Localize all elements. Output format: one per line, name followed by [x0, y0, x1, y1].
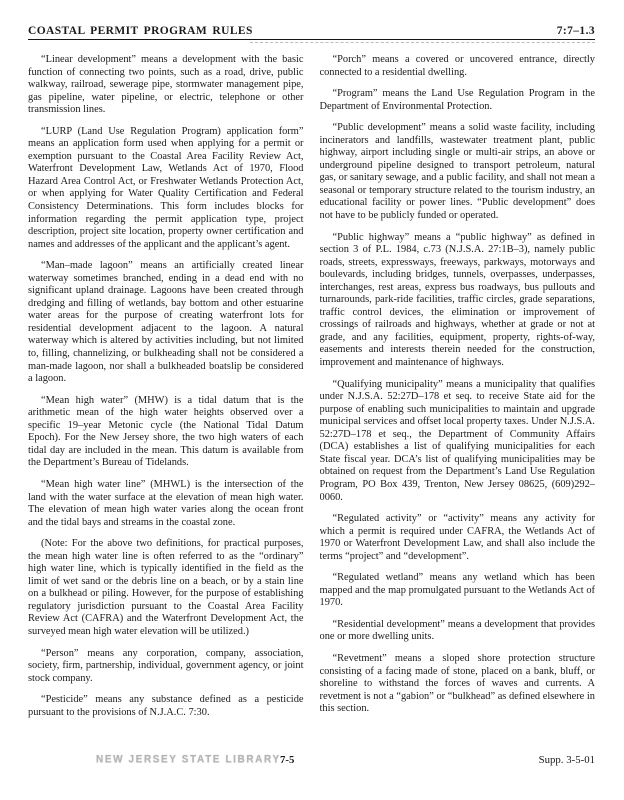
- scan-artifact-dashes: [250, 42, 595, 43]
- definition-public-development: “Public development” means a solid waste…: [320, 122, 596, 222]
- supplement-date: Supp. 3-5-01: [539, 754, 595, 766]
- definition-porch: “Porch” means a covered or uncovered ent…: [320, 54, 596, 79]
- definition-lurp-application-form: “LURP (Land Use Regulation Program) appl…: [28, 126, 304, 251]
- page-footer: NEW JERSEY STATE LIBRARY 7-5 Supp. 3-5-0…: [28, 754, 595, 769]
- definition-mean-high-water: “Mean high water” (MHW) is a tidal datum…: [28, 395, 304, 470]
- two-column-text: “Linear development” means a development…: [28, 54, 595, 756]
- definition-man-made-lagoon: “Man–made lagoon” means an artificially …: [28, 260, 304, 385]
- header-section-number: 7:7–1.3: [557, 25, 595, 37]
- definition-public-highway: “Public highway” means a “public highway…: [320, 232, 596, 370]
- definition-residential-development: “Residential development” means a develo…: [320, 619, 596, 644]
- definition-qualifying-municipality: “Qualifying municipality” means a munici…: [320, 379, 596, 504]
- definition-program: “Program” means the Land Use Regulation …: [320, 88, 596, 113]
- left-column: “Linear development” means a development…: [28, 54, 304, 756]
- right-column: “Porch” means a covered or uncovered ent…: [320, 54, 596, 756]
- definition-person: “Person” means any corporation, company,…: [28, 648, 304, 686]
- definition-regulated-wetland: “Regulated wetland” means any wetland wh…: [320, 572, 596, 610]
- definition-linear-development: “Linear development” means a development…: [28, 54, 304, 117]
- definition-mean-high-water-line: “Mean high water line” (MHWL) is the int…: [28, 479, 304, 529]
- library-stamp: NEW JERSEY STATE LIBRARY: [96, 753, 281, 765]
- page-header: COASTAL PERMIT PROGRAM RULES 7:7–1.3: [28, 25, 595, 37]
- page-number: 7-5: [280, 754, 294, 766]
- definition-revetment: “Revetment” means a sloped shore protect…: [320, 653, 596, 716]
- document-page: COASTAL PERMIT PROGRAM RULES 7:7–1.3 “Li…: [0, 0, 624, 800]
- note-mean-high-water: (Note: For the above two definitions, fo…: [28, 538, 304, 638]
- header-title: COASTAL PERMIT PROGRAM RULES: [28, 25, 253, 37]
- definition-pesticide: “Pesticide” means any substance defined …: [28, 694, 304, 719]
- header-rule: [28, 39, 595, 40]
- definition-regulated-activity: “Regulated activity” or “activity” means…: [320, 513, 596, 563]
